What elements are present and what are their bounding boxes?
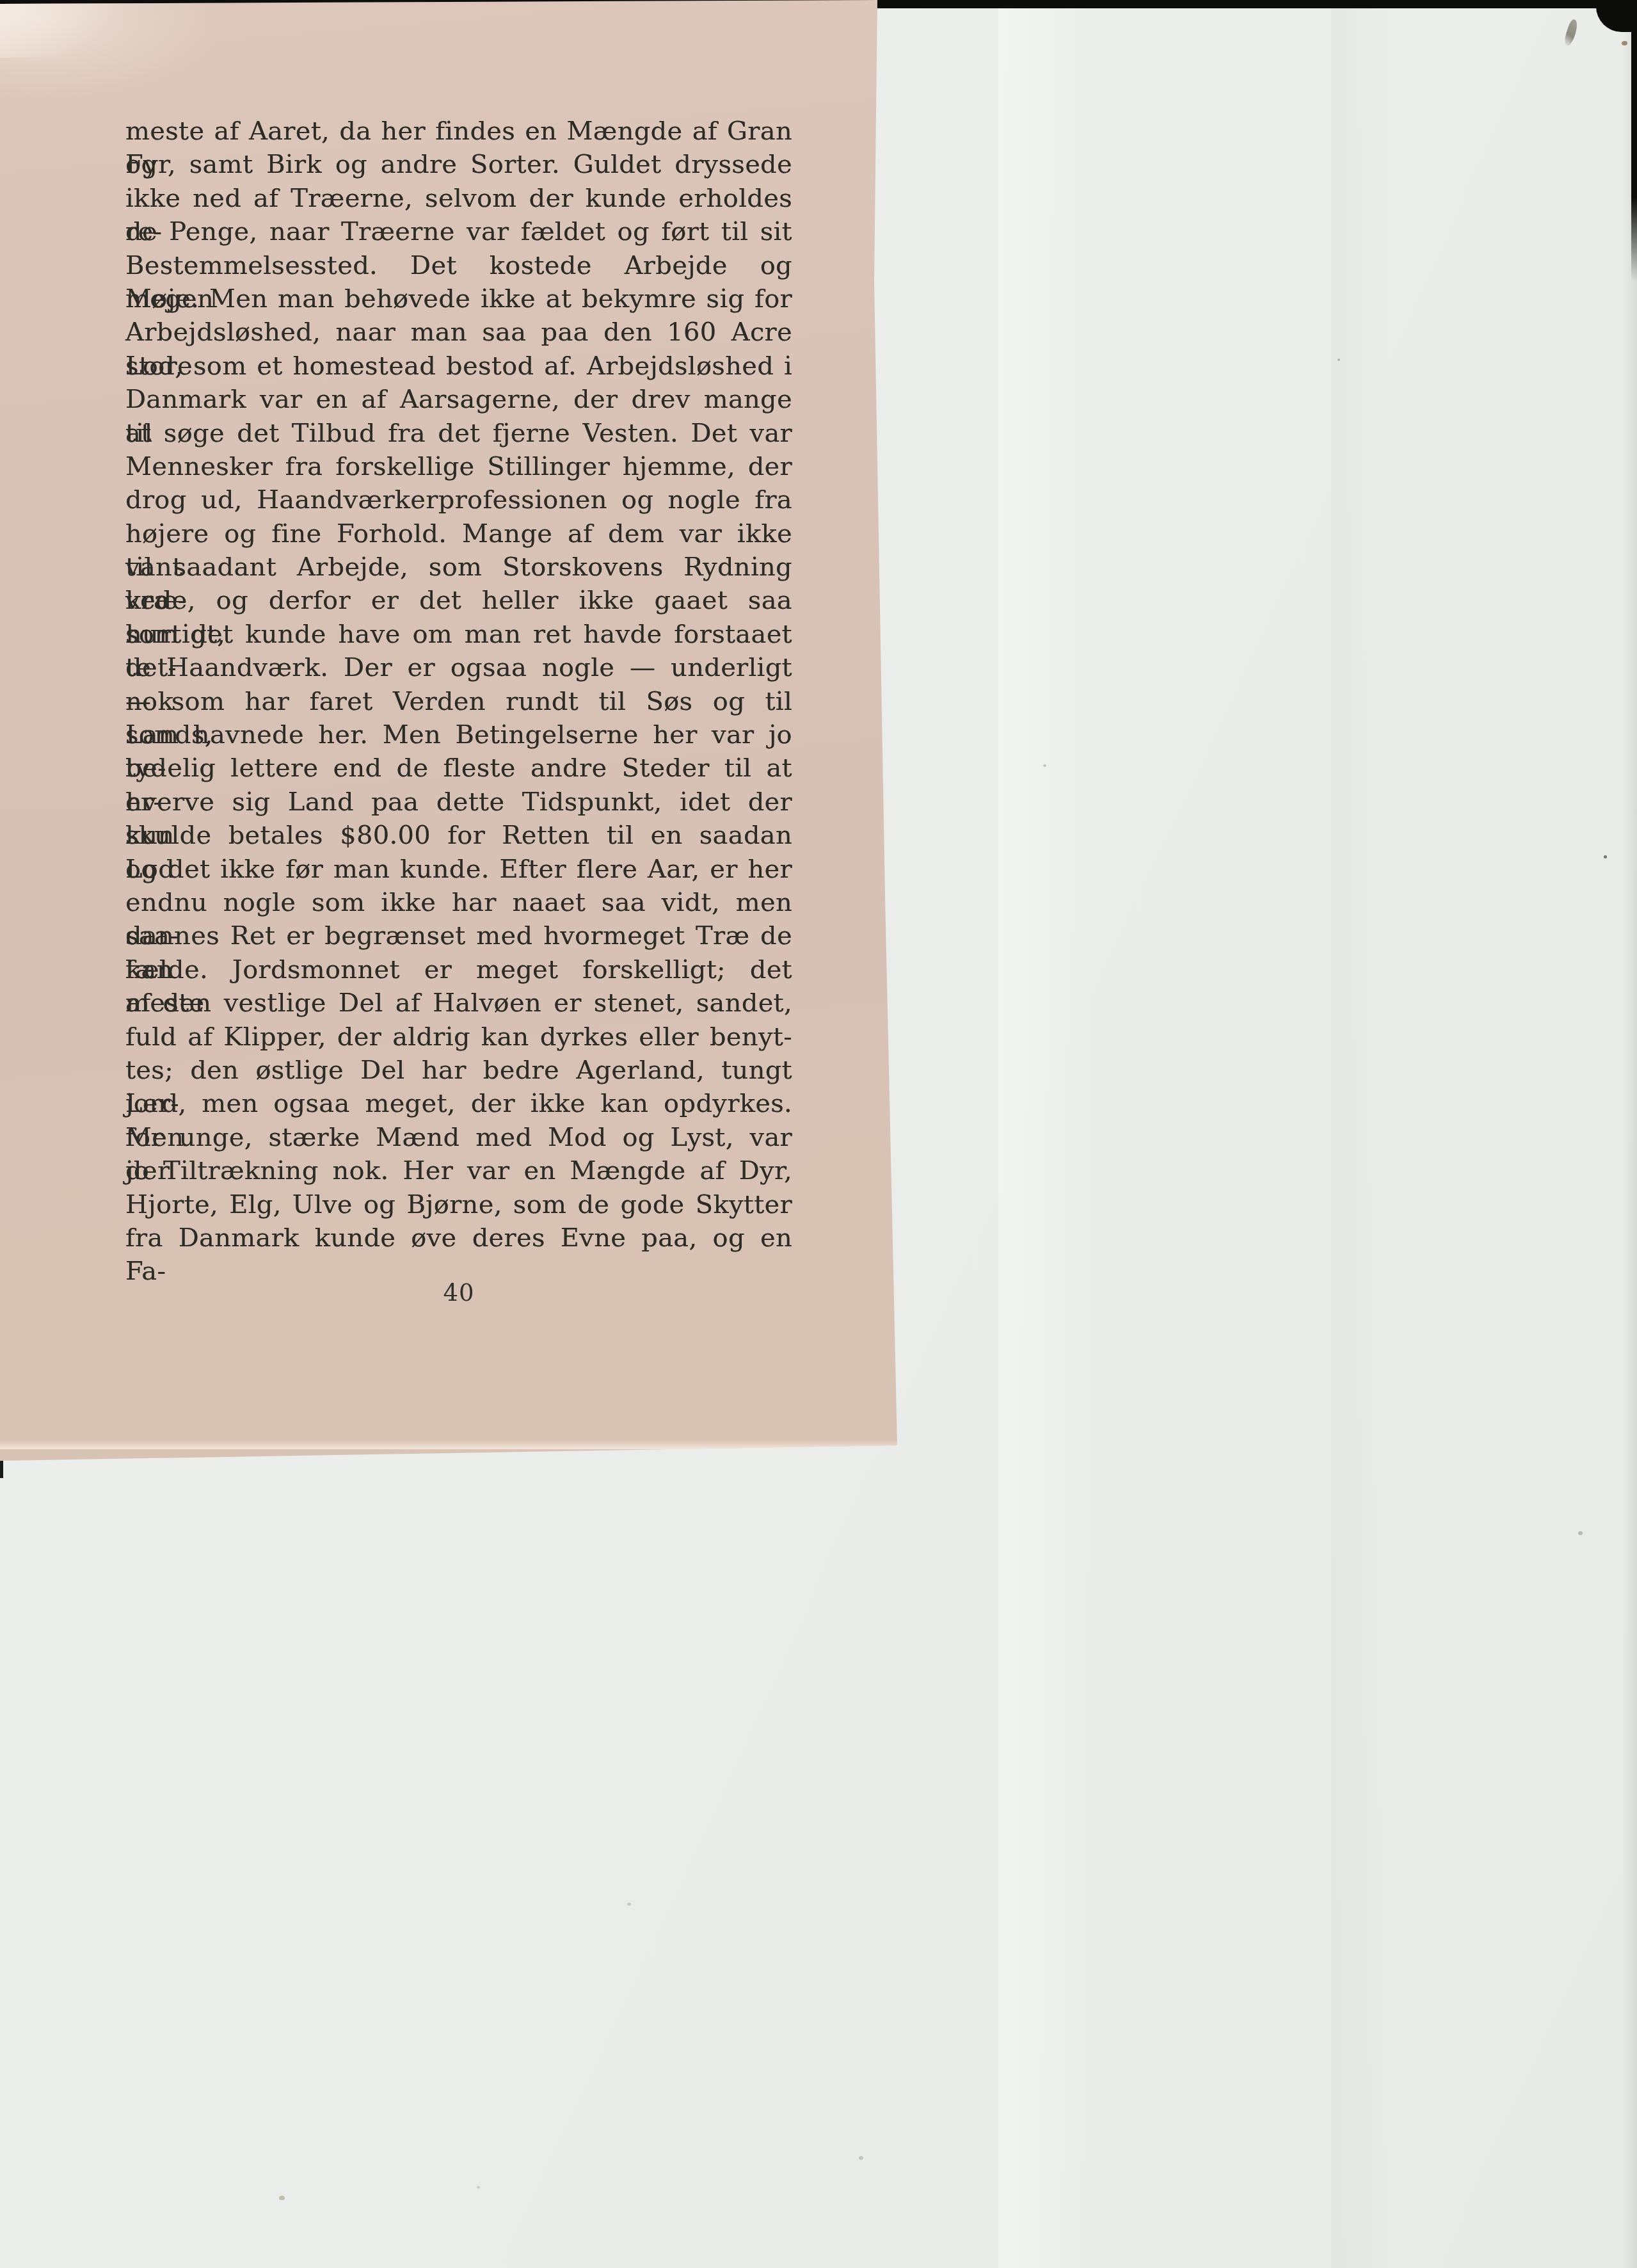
text-line: af den vestlige Del af Halvøen er stenet… — [125, 986, 792, 1020]
scan-streak — [998, 8, 1094, 2268]
scan-speck — [627, 1902, 631, 1906]
text-line: Danmark var en af Aarsagerne, der drev m… — [125, 383, 792, 416]
scan-speck — [1043, 764, 1046, 767]
text-line: Lod, som et homestead bestod af. Arbejds… — [125, 350, 792, 383]
text-line: og det ikke før man kunde. Efter flere A… — [125, 853, 792, 886]
text-line: Møje. Men man behøvede ikke at bekymre s… — [125, 282, 792, 316]
scan-speck — [1338, 358, 1340, 361]
text-line: fælde. Jordsmonnet er meget forskelligt;… — [125, 953, 792, 986]
text-line: fra Danmark kunde øve deres Evne paa, og… — [125, 1221, 792, 1255]
scan-speck — [1622, 41, 1627, 45]
text-line: de Penge, naar Træerne var fældet og før… — [125, 215, 792, 248]
text-line: vede, og derfor er det heller ikke gaaet… — [125, 584, 792, 617]
text-line: højere og fine Forhold. Mange af dem var… — [125, 517, 792, 551]
page-number: 40 — [125, 1279, 792, 1307]
text-line: til saadant Arbejde, som Storskovens Ryd… — [125, 551, 792, 584]
text-line: tes; den østlige Del har bedre Agerland,… — [125, 1054, 792, 1087]
scan-streak — [1331, 8, 1389, 2268]
text-line: fuld af Klipper, der aldrig kan dyrkes e… — [125, 1020, 792, 1054]
text-line: dannes Ret er begrænset med hvormeget Tr… — [125, 919, 792, 953]
text-line: Hjorte, Elg, Ulve og Bjørne, som de gode… — [125, 1188, 792, 1221]
body-text: meste af Aaret, da her findes en Mængde … — [125, 115, 792, 1255]
text-line: — som har faret Verden rundt til Søs og … — [125, 685, 792, 718]
text-line: hverve sig Land paa dette Tidspunkt, ide… — [125, 785, 792, 819]
text-line: endnu nogle som ikke har naaet saa vidt,… — [125, 886, 792, 919]
scanner-edge-top — [869, 0, 1637, 8]
text-line: ikke ned af Træerne, selvom der kunde er… — [125, 182, 792, 215]
text-line: tydelig lettere end de fleste andre Sted… — [125, 752, 792, 785]
scanner-edge-left-sliver — [0, 1459, 3, 1478]
scan-speck — [477, 2186, 480, 2189]
text-line: Arbejdsløshed, naar man saa paa den 160 … — [125, 316, 792, 349]
text-line: at søge det Tilbud fra det fjerne Vesten… — [125, 417, 792, 450]
text-line: te Haandværk. Der er ogsaa nogle — under… — [125, 651, 792, 684]
scan-speck — [1578, 1531, 1583, 1535]
text-line: som havnede her. Men Betingelserne her v… — [125, 718, 792, 752]
scan-speck — [279, 2196, 285, 2200]
scan-streak — [1623, 8, 1637, 2268]
text-line: jo Tiltrækning nok. Her var en Mængde af… — [125, 1154, 792, 1187]
text-line: skulde betales $80.00 for Retten til en … — [125, 819, 792, 852]
text-line: meste af Aaret, da her findes en Mængde … — [125, 115, 792, 148]
text-line: Fyr, samt Birk og andre Sorter. Guldet d… — [125, 148, 792, 181]
paper-crease — [0, 0, 141, 58]
text-line: jord, men ogsaa meget, der ikke kan opdy… — [125, 1087, 792, 1120]
text-line: drog ud, Haandværkerprofessionen og nogl… — [125, 483, 792, 517]
text-line: Bestemmelsessted. Det kostede Arbejde og… — [125, 249, 792, 282]
scan-speck — [1604, 855, 1607, 858]
text-line: Mennesker fra forskellige Stillinger hje… — [125, 450, 792, 483]
scan-speck — [859, 2156, 863, 2160]
text-line: som det kunde have om man ret havde fors… — [125, 618, 792, 651]
scanner-bed: meste af Aaret, da her findes en Mængde … — [0, 0, 1637, 2268]
text-line: for unge, stærke Mænd med Mod og Lyst, v… — [125, 1121, 792, 1154]
scanner-edge-right — [1631, 0, 1637, 282]
